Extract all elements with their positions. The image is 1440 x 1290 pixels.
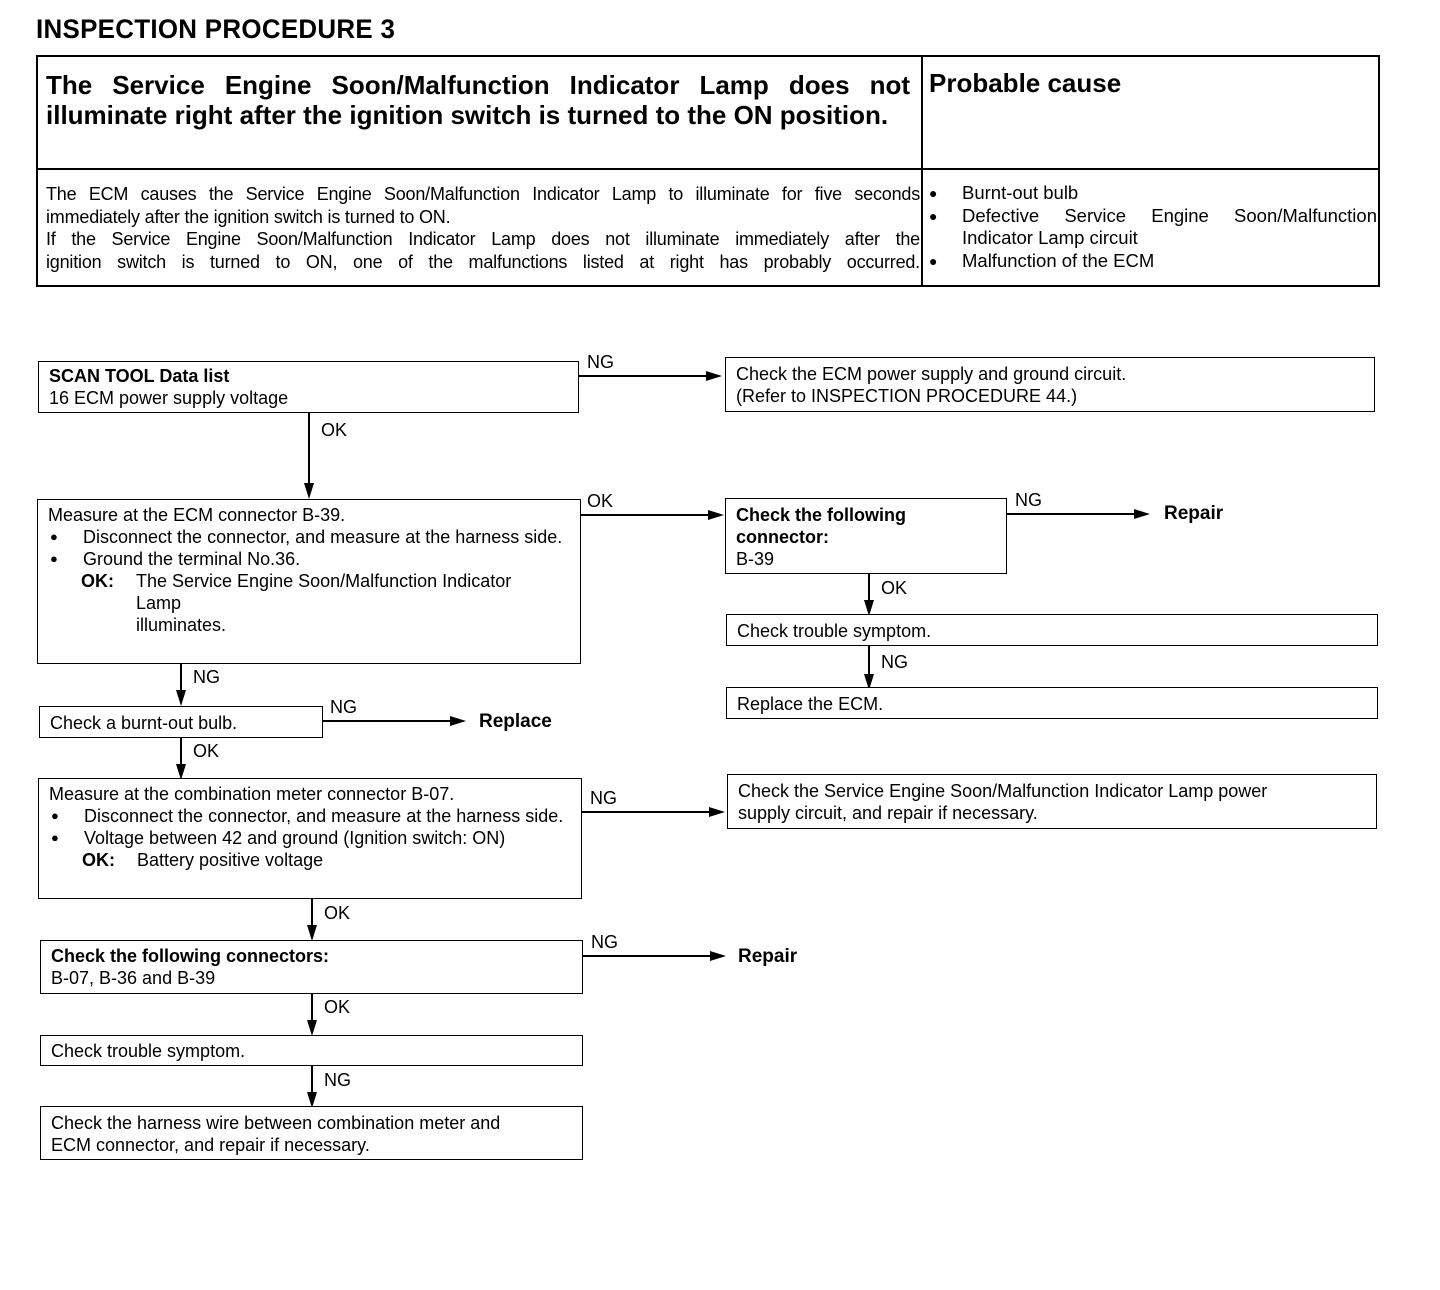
bullet-icon: ● — [48, 526, 83, 548]
ok-label: OK — [881, 578, 907, 599]
cause-item: ● Defective Service Engine Soon/Malfunct… — [929, 205, 1377, 250]
step-measure-meter-connector: Measure at the combination meter connect… — [38, 778, 582, 899]
step-check-trouble-symptom-2: Check trouble symptom. — [40, 1035, 583, 1066]
step-check-lamp-power-supply: Check the Service Engine Soon/Malfunctio… — [727, 774, 1377, 829]
step-ecm-power-check: Check the ECM power supply and ground ci… — [725, 357, 1375, 412]
ng-label: NG — [1015, 490, 1042, 511]
step-check-bulb: Check a burnt-out bulb. — [39, 706, 323, 738]
step-check-connector-b39: Check the following connector: B-39 — [725, 498, 1007, 574]
step-scan-tool: SCAN TOOL Data list 16 ECM power supply … — [38, 361, 579, 413]
arrow-right-icon — [1134, 509, 1150, 519]
bullet-icon: ● — [929, 182, 962, 205]
ng-label: NG — [591, 932, 618, 953]
probable-cause-list: ● Burnt-out bulb ● Defective Service Eng… — [929, 182, 1377, 272]
probable-cause-heading: Probable cause — [929, 68, 1121, 99]
bullet-icon: ● — [49, 805, 84, 827]
symptom-title: The Service Engine Soon/Malfunction Indi… — [46, 70, 910, 130]
cause-item: ● Burnt-out bulb — [929, 182, 1377, 205]
ng-connector — [582, 811, 712, 813]
arrow-right-icon — [706, 371, 722, 381]
ng-connector — [1007, 513, 1137, 515]
arrow-down-icon — [176, 690, 186, 706]
ng-label: NG — [324, 1070, 351, 1091]
arrow-down-icon — [304, 483, 314, 499]
table-divider — [921, 57, 923, 286]
bullet-icon: ● — [49, 827, 84, 849]
ok-label: OK — [324, 903, 350, 924]
arrow-right-icon — [709, 807, 725, 817]
page-title: INSPECTION PROCEDURE 3 — [36, 14, 395, 45]
description-line: The ECM causes the Service Engine Soon/M… — [46, 183, 920, 206]
step-check-harness-wire: Check the harness wire between combinati… — [40, 1106, 583, 1160]
arrow-right-icon — [450, 716, 466, 726]
description-line: If the Service Engine Soon/Malfunction I… — [46, 228, 920, 251]
cause-item: ● Malfunction of the ECM — [929, 250, 1377, 273]
description-line: ignition switch is turned to ON, one of … — [46, 251, 920, 274]
repair-result: Repair — [1164, 503, 1223, 525]
bullet-icon: ● — [929, 205, 962, 250]
ng-label: NG — [587, 352, 614, 373]
bullet-icon: ● — [929, 250, 962, 273]
ok-connector — [581, 514, 711, 516]
replace-result: Replace — [479, 711, 552, 733]
table-divider — [38, 168, 1378, 170]
ok-label: OK — [587, 491, 613, 512]
ok-connector — [308, 413, 310, 487]
ok-label: OK — [324, 997, 350, 1018]
ok-label: OK — [193, 741, 219, 762]
ng-connector — [583, 955, 713, 957]
bullet-icon: ● — [48, 548, 83, 570]
arrow-right-icon — [708, 510, 724, 520]
ng-label: NG — [881, 652, 908, 673]
description-line: immediately after the ignition switch is… — [46, 206, 920, 229]
step-check-trouble-symptom: Check trouble symptom. — [726, 614, 1378, 646]
ng-connector — [579, 375, 709, 377]
ng-label: NG — [590, 788, 617, 809]
step-measure-ecm-connector: Measure at the ECM connector B-39. ● Dis… — [37, 499, 581, 664]
arrow-down-icon — [307, 1020, 317, 1036]
ng-connector — [323, 720, 453, 722]
arrow-down-icon — [307, 925, 317, 941]
repair-result: Repair — [738, 946, 797, 968]
symptom-description: The ECM causes the Service Engine Soon/M… — [46, 183, 920, 273]
step-check-connectors: Check the following connectors: B-07, B-… — [40, 940, 583, 994]
arrow-right-icon — [710, 951, 726, 961]
ng-label: NG — [193, 667, 220, 688]
ng-label: NG — [330, 697, 357, 718]
ok-label: OK — [321, 420, 347, 441]
step-replace-ecm: Replace the ECM. — [726, 687, 1378, 719]
